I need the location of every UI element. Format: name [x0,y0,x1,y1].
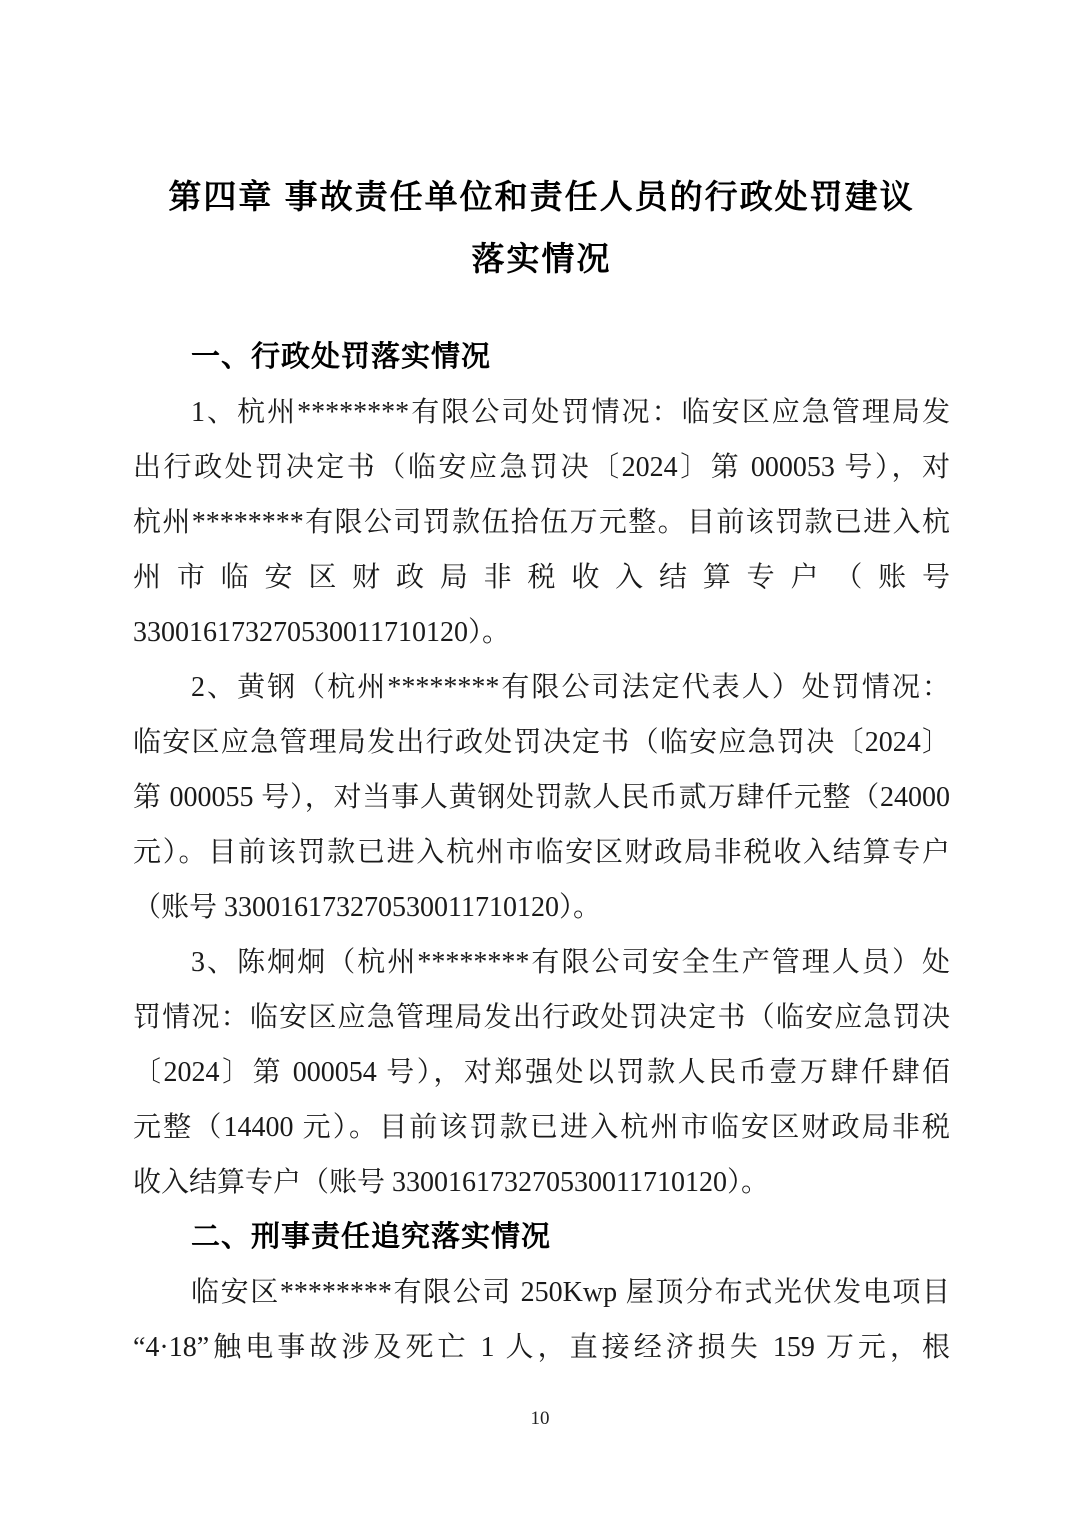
text-line: 元整（14400 元）。目前该罚款已进入杭州市临安区财政局非税 [133,1100,950,1155]
text-line: （账号 330016173270530011710120）。 [133,880,950,935]
page-number: 10 [0,1408,1080,1430]
text-line: 〔2024〕第 000054 号），对郑强处以罚款人民币壹万肆仟肆佰 [133,1045,950,1100]
text-line: 第 000055 号），对当事人黄钢处罚款人民币贰万肆仟元整（24000 [133,770,950,825]
text-line: 临安区应急管理局发出行政处罚决定书（临安应急罚决〔2024〕 [133,715,950,770]
text-line: 临安区********有限公司 250Kwp 屋顶分布式光伏发电项目 [133,1265,950,1320]
section-heading-1: 一、行政处罚落实情况 [133,330,950,385]
text-line: 州市临安区财政局非税收入结算专户（账号 [133,550,950,605]
chapter-title-line-1: 第四章 事故责任单位和责任人员的行政处罚建议 [133,166,950,228]
text-line: 收入结算专户（账号 330016173270530011710120）。 [133,1155,950,1210]
document-body: 第四章 事故责任单位和责任人员的行政处罚建议 落实情况 一、行政处罚落实情况 1… [133,0,950,1375]
chapter-title-line-2: 落实情况 [133,228,950,290]
section-heading-2: 二、刑事责任追究落实情况 [133,1210,950,1265]
text-line: 罚情况：临安区应急管理局发出行政处罚决定书（临安应急罚决 [133,990,950,1045]
document-page: 第四章 事故责任单位和责任人员的行政处罚建议 落实情况 一、行政处罚落实情况 1… [0,0,1080,1527]
chapter-title: 第四章 事故责任单位和责任人员的行政处罚建议 落实情况 [133,166,950,290]
text-line: 元）。目前该罚款已进入杭州市临安区财政局非税收入结算专户 [133,825,950,880]
text-line: 330016173270530011710120）。 [133,605,950,660]
text-line: 1、杭州********有限公司处罚情况：临安区应急管理局发 [133,385,950,440]
text-line: “4·18”触电事故涉及死亡 1 人，直接经济损失 159 万元，根 [133,1320,950,1375]
text-line: 3、陈炯炯（杭州********有限公司安全生产管理人员）处 [133,935,950,990]
document-content: 一、行政处罚落实情况 1、杭州********有限公司处罚情况：临安区应急管理局… [133,330,950,1375]
text-line: 出行政处罚决定书（临安应急罚决〔2024〕第 000053 号），对 [133,440,950,495]
text-line: 2、黄钢（杭州********有限公司法定代表人）处罚情况： [133,660,950,715]
text-line: 杭州********有限公司罚款伍拾伍万元整。目前该罚款已进入杭 [133,495,950,550]
